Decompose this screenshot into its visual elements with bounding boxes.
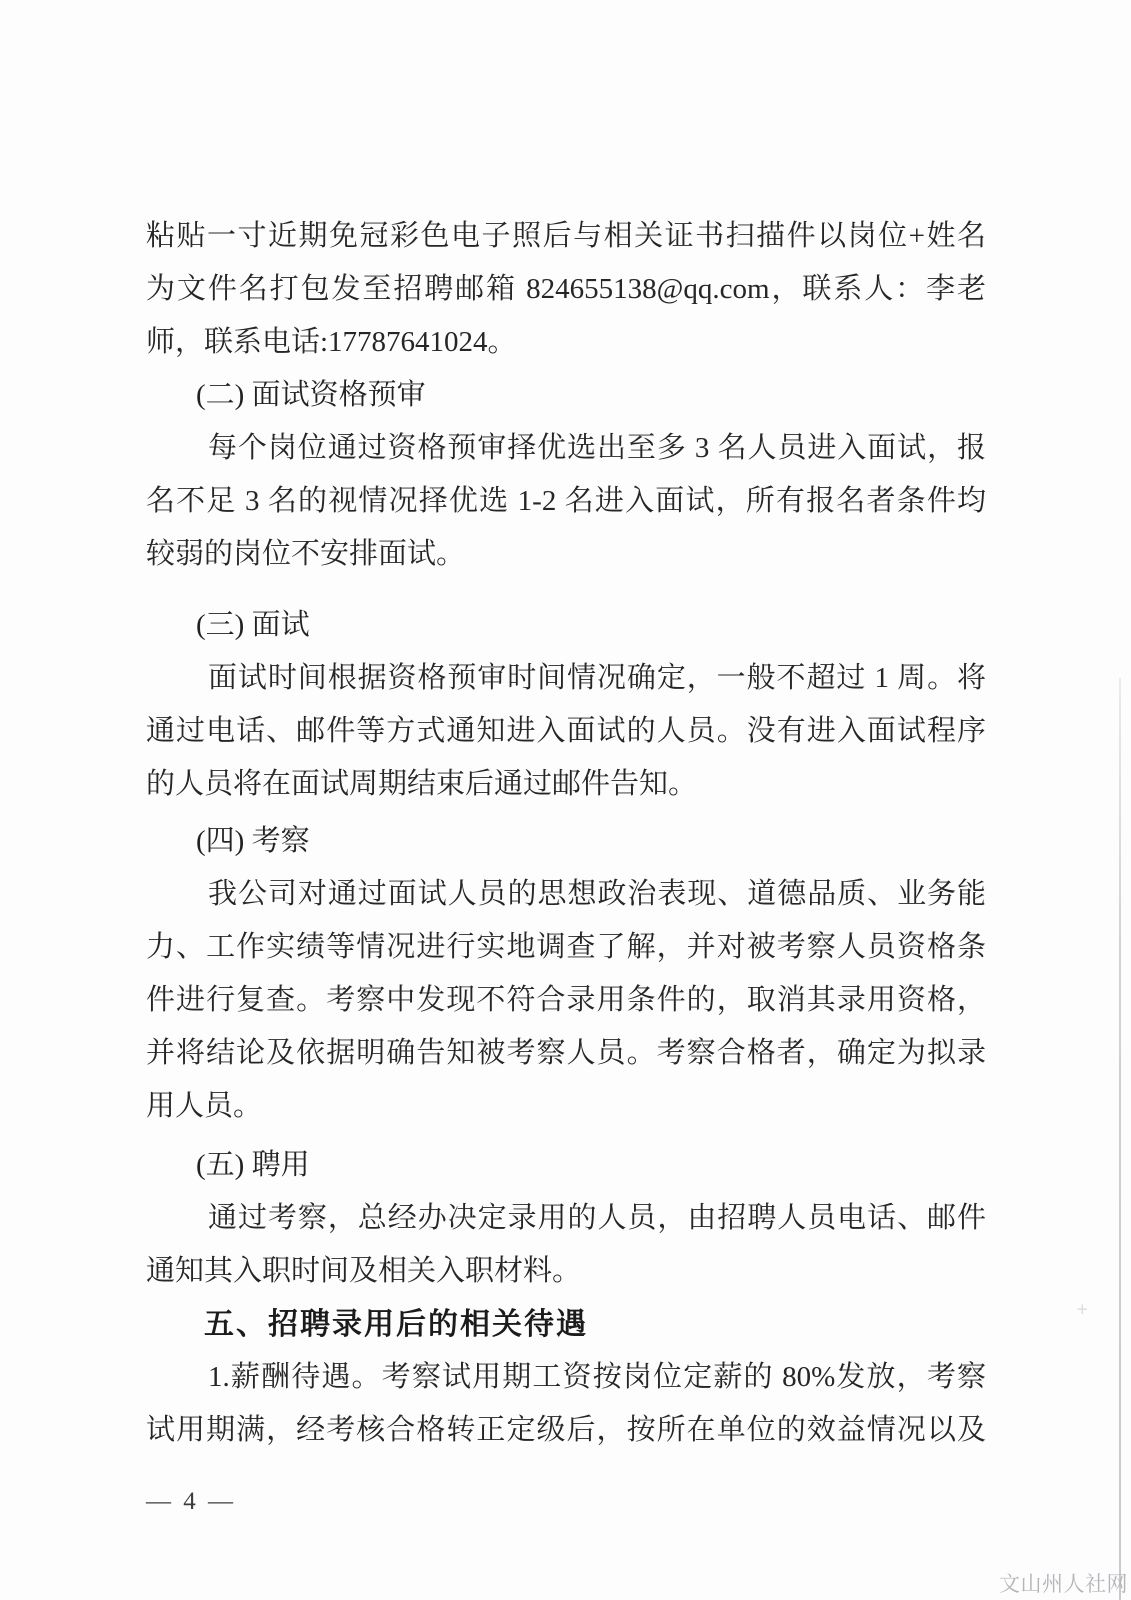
document-line: 师，联系电话:17787641024。 [146,316,986,369]
scan-artifact-dust: + [1076,1300,1089,1318]
document-line: 每个岗位通过资格预审择优选出至多 3 名人员进入面试，报 [146,422,986,475]
subheading: (四) 考察 [146,815,986,868]
document-line: 通知其入职时间及相关入职材料。 [146,1245,986,1298]
document-line: 为文件名打包发至招聘邮箱 824655138@qq.com，联系人：李老 [146,263,986,316]
document-line: 1.薪酬待遇。考察试用期工资按岗位定薪的 80%发放，考察 [146,1351,986,1404]
subheading: (三) 面试 [146,599,986,652]
subheading: (五) 聘用 [146,1139,986,1192]
document-line: 名不足 3 名的视情况择优选 1-2 名进入面试，所有报名者条件均 [146,475,986,528]
document-page: 粘贴一寸近期免冠彩色电子照后与相关证书扫描件以岗位+姓名为文件名打包发至招聘邮箱… [0,0,1131,1600]
document-body: 粘贴一寸近期免冠彩色电子照后与相关证书扫描件以岗位+姓名为文件名打包发至招聘邮箱… [146,0,986,1457]
subheading: (二) 面试资格预审 [146,369,986,422]
page-number: — 4 — [146,1487,236,1517]
document-line: 用人员。 [146,1080,986,1133]
watermark: 文山州人社网 [999,1571,1128,1597]
document-line: 我公司对通过面试人员的思想政治表现、道德品质、业务能 [146,868,986,921]
document-line: 粘贴一寸近期免冠彩色电子照后与相关证书扫描件以岗位+姓名 [146,210,986,263]
section-heading: 五、招聘录用后的相关待遇 [146,1298,986,1351]
document-line: 试用期满，经考核合格转正定级后，按所在单位的效益情况以及 [146,1404,986,1457]
document-line: 的人员将在面试周期结束后通过邮件告知。 [146,758,986,811]
document-line: 通过电话、邮件等方式通知进入面试的人员。没有进入面试程序 [146,705,986,758]
scan-artifact-line [1119,678,1121,1600]
document-line: 件进行复查。考察中发现不符合录用条件的，取消其录用资格， [146,974,986,1027]
document-line: 通过考察，总经办决定录用的人员，由招聘人员电话、邮件 [146,1192,986,1245]
document-line: 并将结论及依据明确告知被考察人员。考察合格者，确定为拟录 [146,1027,986,1080]
document-line: 力、工作实绩等情况进行实地调查了解，并对被考察人员资格条 [146,921,986,974]
document-line: 较弱的岗位不安排面试。 [146,528,986,581]
document-line: 面试时间根据资格预审时间情况确定，一般不超过 1 周。将 [146,652,986,705]
